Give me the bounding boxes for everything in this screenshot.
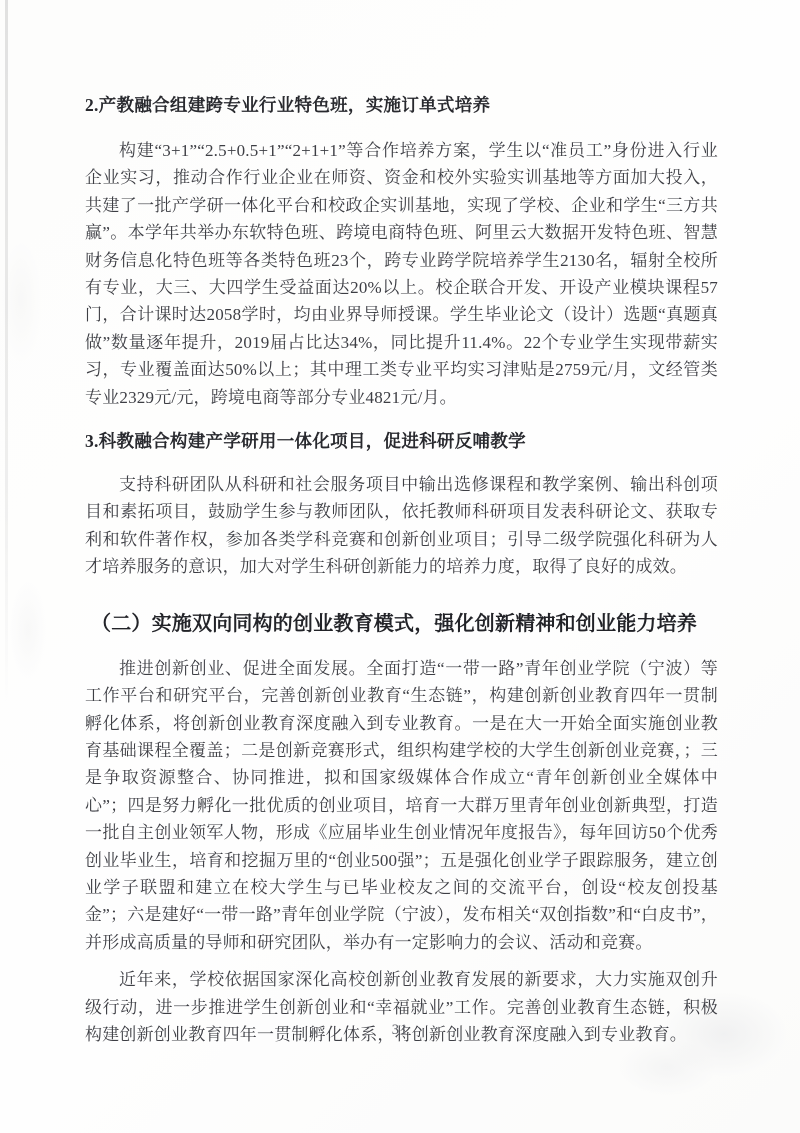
section-heading-two: （二）实施双向同构的创业教育模式，强化创新精神和创业能力培养 <box>91 610 718 638</box>
paragraph-industry-education: 构建“3+1”“2.5+0.5+1”“2+1+1”等合作培养方案，学生以“准员工… <box>85 137 718 411</box>
page-number: 31 <box>0 1022 800 1039</box>
scan-smudge-artifact <box>0 180 70 780</box>
document-body: 2.产教融合组建跨专业行业特色班，实施订单式培养 构建“3+1”“2.5+0.5… <box>85 92 718 1048</box>
document-page: 2.产教融合组建跨专业行业特色班，实施订单式培养 构建“3+1”“2.5+0.5… <box>0 0 800 1133</box>
numbered-heading-2: 2.产教融合组建跨专业行业特色班，实施订单式培养 <box>85 92 718 118</box>
paragraph-entrepreneurship-measures: 推进创新创业、促进全面发展。全面打造“一带一路”青年创业学院（宁波）等工作平台和… <box>85 655 718 956</box>
numbered-heading-3: 3.科教融合构建产学研用一体化项目，促进科研反哺教学 <box>85 428 718 454</box>
paragraph-science-education: 支持科研团队从科研和社会服务项目中输出选修课程和教学案例、输出科创项目和素拓项目… <box>85 471 718 581</box>
